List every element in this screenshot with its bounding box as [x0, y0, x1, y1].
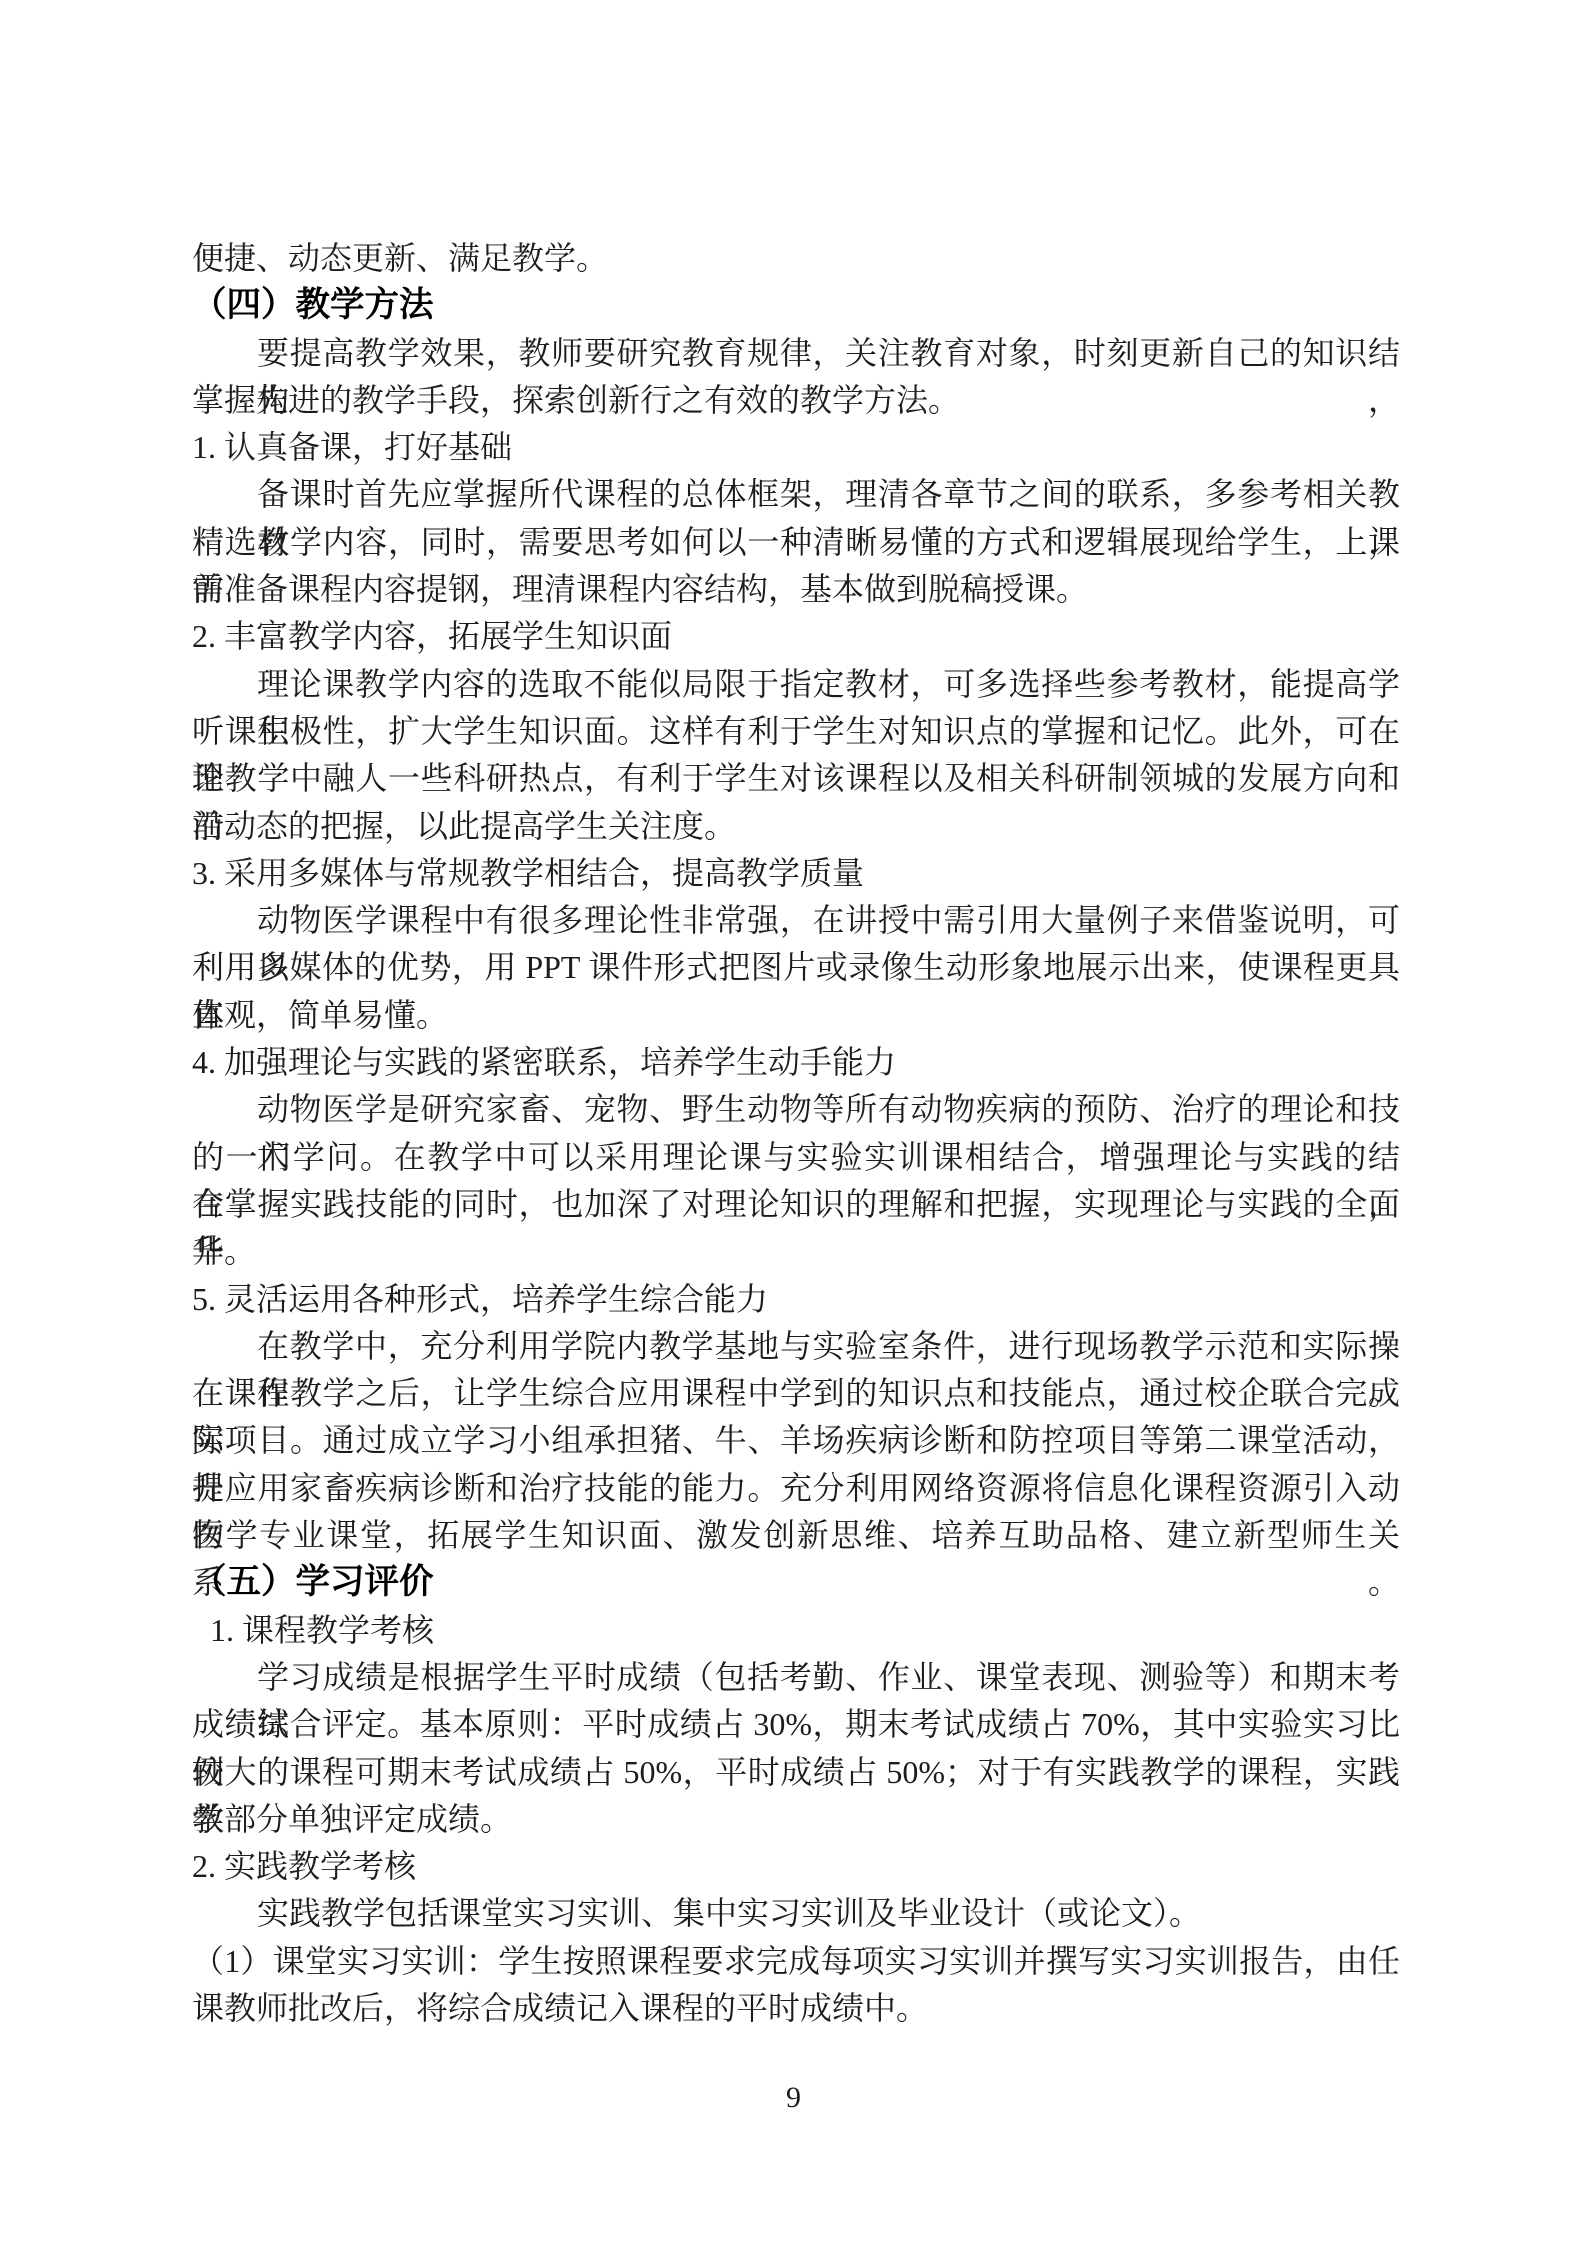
paragraph-line: 课教师批改后，将综合成绩记入课程的平时成绩中。 — [192, 1985, 1400, 2032]
paragraph-line: 升应用家畜疾病诊断和治疗技能的能力。充分利用网络资源将信息化课程资源引入动物 — [192, 1465, 1400, 1512]
paragraph-line: 际项目。通过成立学习小组承担猪、牛、羊场疾病诊断和防控项目等第二课堂活动，提 — [192, 1417, 1400, 1464]
paragraph-line: 学部分单独评定成绩。 — [192, 1796, 1400, 1843]
paragraph-line: 要提高教学效果，教师要研究教育规律，关注教育对象，时刻更新自己的知识结构， — [192, 330, 1400, 377]
list-item-2-heading: 2. 丰富教学内容，拓展学生知识面 — [192, 613, 1400, 660]
paragraph-line: 医学专业课堂，拓展学生知识面、激发创新思维、培养互助品格、建立新型师生关系。 — [192, 1512, 1400, 1559]
paragraph-line: 在课程教学之后，让学生综合应用课程中学到的知识点和技能点，通过校企联合完成实 — [192, 1370, 1400, 1417]
sub-item-1-line: （1）课堂实习实训：学生按照课程要求完成每项实习实训并撰写实习实训报告，由任 — [192, 1938, 1400, 1985]
paragraph-line: 沿动态的把握，以此提高学生关注度。 — [192, 803, 1400, 850]
eval-item-2-heading: 2. 实践教学考核 — [192, 1843, 1400, 1890]
paragraph-line: 动物医学课程中有很多理论性非常强，在讲授中需引用大量例子来借鉴说明，可以 — [192, 897, 1400, 944]
paragraph-line: 备课时首先应掌握所代课程的总体框架，理清各章节之间的联系，多参考相关教材， — [192, 471, 1400, 518]
paragraph-line: 动物医学是研究家畜、宠物、野生动物等所有动物疾病的预防、治疗的理论和技术 — [192, 1086, 1400, 1133]
list-item-1-heading: 1. 认真备课，打好基础 — [192, 424, 1400, 471]
paragraph-line: 直观，简单易懂。 — [192, 992, 1400, 1039]
paragraph-line: 利用多媒体的优势，用 PPT 课件形式把图片或录像生动形象地展示出来，使课程更具… — [192, 944, 1400, 991]
paragraph-line: 在掌握实践技能的同时，也加深了对理论知识的理解和把握，实现理论与实践的全面升 — [192, 1181, 1400, 1228]
paragraph-line: 理论课教学内容的选取不能似局限于指定教材，可多选择些参考教材，能提高学生 — [192, 661, 1400, 708]
paragraph-line: 论教学中融人一些科研热点，有利于学生对该课程以及相关科研制领城的发展方向和前 — [192, 755, 1400, 802]
list-item-3-heading: 3. 采用多媒体与常规教学相结合，提高教学质量 — [192, 850, 1400, 897]
document-page: 便捷、动态更新、满足教学。（四）教学方法要提高教学效果，教师要研究教育规律，关注… — [0, 0, 1587, 2245]
section-heading-4: （四）教学方法 — [192, 282, 1400, 329]
paragraph-line: 需准备课程内容提钢，理清课程内容结构，基本做到脱稿授课。 — [192, 566, 1400, 613]
paragraph-line: 便捷、动态更新、满足教学。 — [192, 235, 1400, 282]
paragraph-line: 的一门学问。在教学中可以采用理论课与实验实训课相结合，增强理论与实践的结合， — [192, 1134, 1400, 1181]
list-item-5-heading: 5. 灵活运用各种形式，培养学生综合能力 — [192, 1276, 1400, 1323]
paragraph-line: 学习成绩是根据学生平时成绩（包括考勤、作业、课堂表现、测验等）和期末考试 — [192, 1654, 1400, 1701]
paragraph-line: 在教学中，充分利用学院内教学基地与实验室条件，进行现场教学示范和实际操作。 — [192, 1323, 1400, 1370]
paragraph-line: 实践教学包括课堂实习实训、集中实习实训及毕业设计（或论文）。 — [192, 1890, 1400, 1937]
paragraph-line: 精选教学内容，同时，需要思考如何以一种清晰易懂的方式和逻辑展现给学生，上课前 — [192, 519, 1400, 566]
page-number: 9 — [0, 2078, 1587, 2118]
document-body: 便捷、动态更新、满足教学。（四）教学方法要提高教学效果，教师要研究教育规律，关注… — [192, 235, 1400, 2032]
paragraph-line: 华。 — [192, 1228, 1400, 1275]
eval-item-1-heading: 1. 课程教学考核 — [192, 1607, 1400, 1654]
paragraph-line: 听课积极性，扩大学生知识面。这样有利于学生对知识点的掌握和记忆。此外，可在理 — [192, 708, 1400, 755]
list-item-4-heading: 4. 加强理论与实践的紧密联系，培养学生动手能力 — [192, 1039, 1400, 1086]
paragraph-line: 较大的课程可期末考试成绩占 50%，平时成绩占 50%；对于有实践教学的课程，实… — [192, 1749, 1400, 1796]
paragraph-line: 成绩综合评定。基本原则：平时成绩占 30%，期末考试成绩占 70%，其中实验实习… — [192, 1701, 1400, 1748]
